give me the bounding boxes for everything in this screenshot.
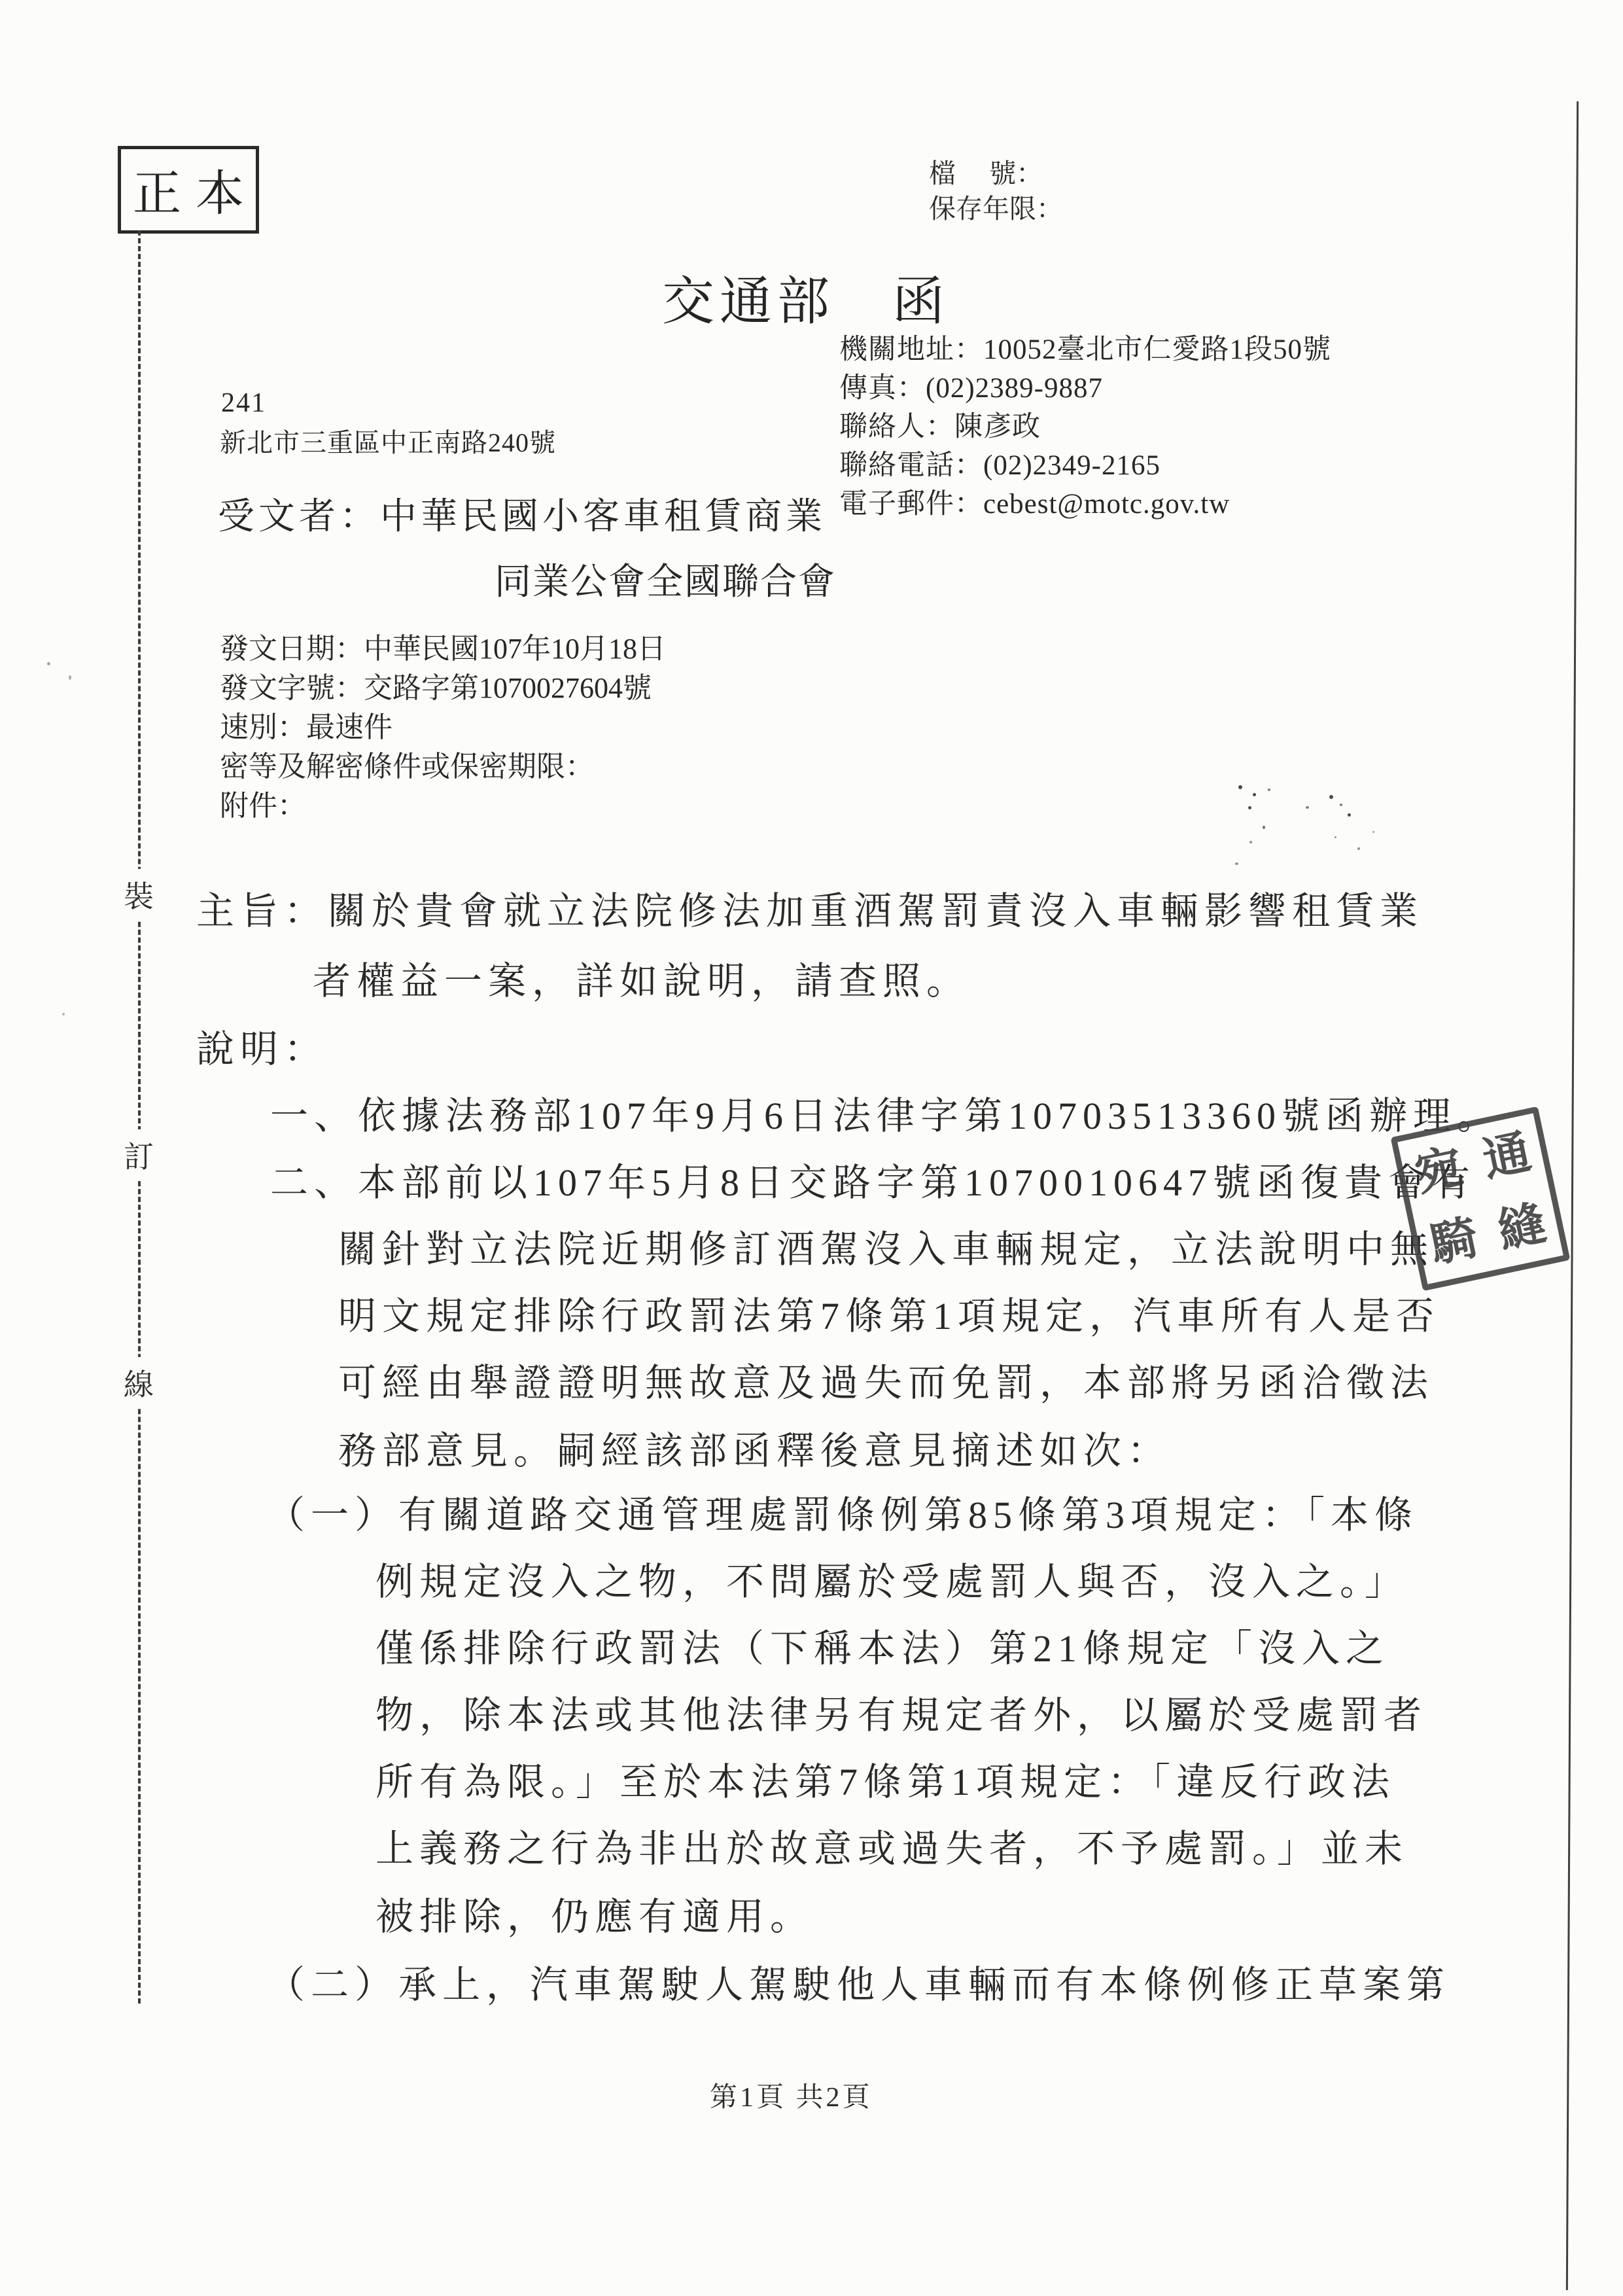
seal-char-2: 通 (1479, 1128, 1535, 1184)
scanned-official-letter: 正本 裝 訂 線 檔 號： 保存年限： 交通部 函 機關地址：10052臺北市仁… (0, 0, 1623, 2296)
page-joining-seal: 宛 通 騎 縫 (1391, 1106, 1571, 1292)
agency-email: 電子郵件：cebest@motc.gov.tw (839, 485, 1331, 523)
item-2-line-1: 二、本部前以107年5月8日交路字第1070010647號函復貴會有 (270, 1152, 1476, 1207)
subitem-1-line-5: 所有為限。」至於本法第7條第1項規定：「違反行政法 (375, 1751, 1395, 1806)
speed-class: 速別：最速件 (220, 708, 666, 747)
issue-date: 發文日期：中華民國107年10月18日 (220, 629, 666, 669)
item-1: 一、依據法務部107年9月6日法律字第10703513360號函辦理。 (270, 1085, 1501, 1140)
item-2-line-2: 關針對立法院近期修訂酒駕沒入車輛規定，立法說明中無 (338, 1218, 1434, 1273)
binding-dashed-line (138, 230, 141, 2004)
subitem-1-line-2: 例規定沒入之物，不問屬於受處罰人與否，沒入之。」 (375, 1551, 1408, 1606)
agency-contact-person: 聯絡人：陳彥政 (839, 408, 1331, 446)
document-meta-block: 發文日期：中華民國107年10月18日 發文字號：交路字第1070027604號… (220, 629, 666, 826)
binding-mark-zhuang: 裝 (122, 869, 156, 920)
binding-mark-xian: 線 (122, 1357, 156, 1408)
subitem-1-line-7: 被排除，仍應有適用。 (375, 1886, 814, 1941)
seal-char-4: 縫 (1494, 1199, 1550, 1255)
seal-char-3: 騎 (1426, 1214, 1482, 1269)
item-2-line-5: 務部意見。嗣經該部函釋後意見摘述如次： (338, 1420, 1171, 1475)
recipient-line2: 同業公會全國聯合會 (495, 553, 836, 605)
retention-period-label: 保存年限： (929, 191, 1063, 226)
file-number-block: 檔 號： 保存年限： (929, 156, 1063, 226)
agency-address: 機關地址：10052臺北市仁愛路1段50號 (839, 330, 1331, 369)
original-copy-box: 正本 (118, 146, 259, 234)
recipient-postal-code: 241 (221, 387, 266, 419)
item-2-line-4: 可經由舉證證明無故意及過失而免罰，本部將另函洽徵法 (338, 1352, 1434, 1407)
security-class: 密等及解密條件或保密期限： (220, 747, 666, 786)
subitem-1-line-6: 上義務之行為非出於故意或過失者，不予處罰。」並未 (375, 1818, 1408, 1873)
attachment-label: 附件： (220, 786, 666, 826)
original-copy-label: 正本 (118, 155, 258, 224)
subitem-1-line-3: 僅係排除行政罰法（下稱本法）第21條規定「沒入之 (375, 1617, 1389, 1672)
recipient-line1: 受文者：中華民國小客車租賃商業 (218, 487, 826, 540)
agency-phone: 聯絡電話：(02)2349-2165 (839, 446, 1331, 485)
binding-mark-ding: 訂 (122, 1129, 156, 1180)
file-number-label: 檔 號： (929, 156, 1063, 191)
explanation-label: 說明： (196, 1018, 328, 1073)
agency-contact-block: 機關地址：10052臺北市仁愛路1段50號 傳真：(02)2389-9887 聯… (839, 330, 1331, 523)
page-footer: 第1頁 共2頁 (710, 2075, 873, 2115)
item-2-line-3: 明文規定排除行政罰法第7條第1項規定，汽車所有人是否 (338, 1285, 1440, 1340)
subitem-2-line-1: （二）承上，汽車駕駛人駕駛他人車輛而有本條例修正草案第 (267, 1954, 1450, 2009)
subject-line-2: 者權益一案，詳如說明，請查照。 (313, 950, 970, 1005)
issue-number: 發文字號：交路字第1070027604號 (220, 669, 666, 708)
subitem-1-line-4: 物，除本法或其他法律另有規定者外，以屬於受處罰者 (375, 1684, 1427, 1739)
subject-line-1: 主旨：關於貴會就立法院修法加重酒駕罰責沒入車輛影響租賃業 (196, 880, 1423, 935)
scan-artifact-line (1566, 101, 1579, 2290)
document-title: 交通部 函 (662, 259, 950, 334)
seal-char-1: 宛 (1411, 1142, 1467, 1198)
subitem-1-line-1: （一）有關道路交通管理處罰條例第85條第3項規定：「本條 (267, 1484, 1418, 1539)
recipient-address: 新北市三重區中正南路240號 (220, 422, 556, 459)
agency-fax: 傳真：(02)2389-9887 (839, 369, 1331, 408)
